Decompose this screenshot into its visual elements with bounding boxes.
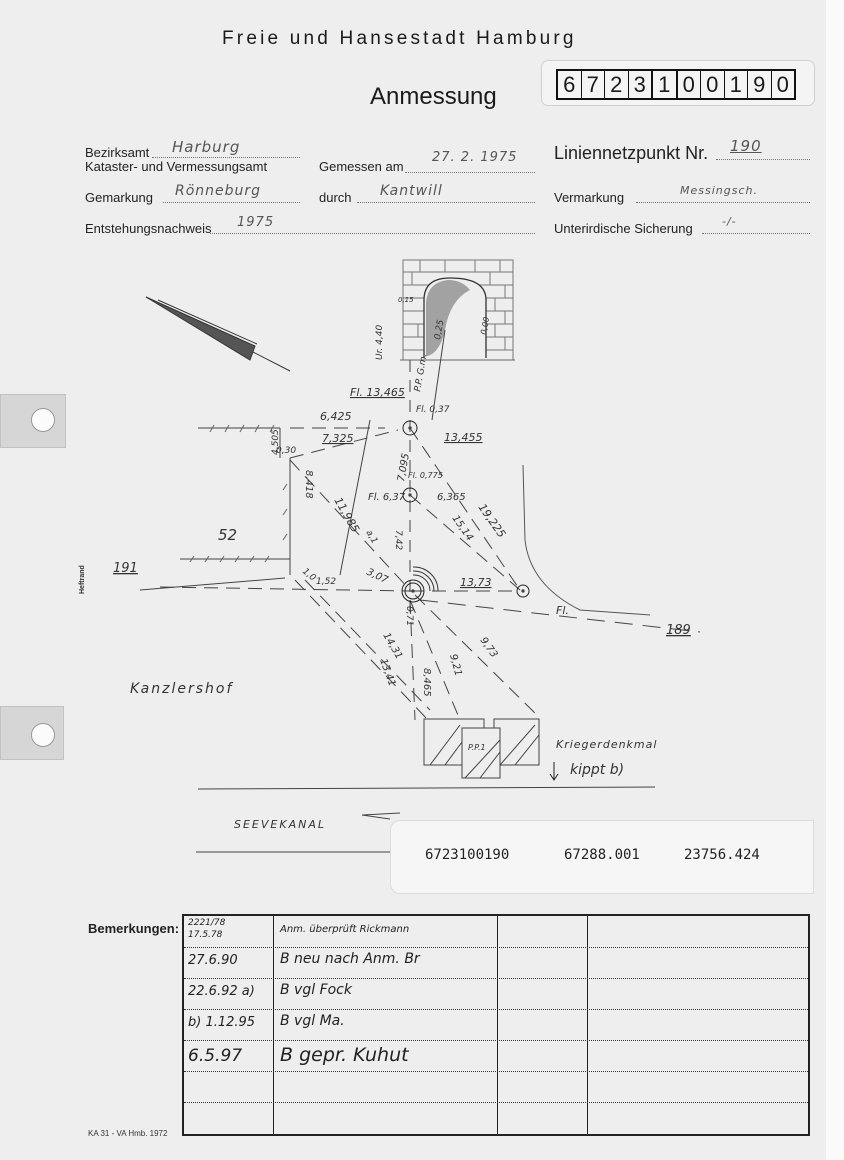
survey-sketch: Kanzlershof 52 191 189 Kriegerdenkmal ki… (0, 0, 826, 900)
main-point-icon (402, 567, 438, 602)
sketch-annotation: Fl. 0,775 (408, 471, 443, 480)
sketch-annotation: 6,365 (437, 492, 466, 503)
coord-point-number: 6723100190 (425, 847, 509, 863)
remark-date: 22.6.92 a) (188, 984, 255, 999)
sketch-annotation: kippt b) (570, 762, 624, 778)
form-code: KA 31 - VA Hmb. 1972 (88, 1129, 167, 1138)
sketch-annotation: P.P.1 (468, 743, 486, 752)
remark-date: 6.5.97 (188, 1046, 242, 1066)
sketch-annotation: 1,52 (316, 577, 336, 587)
down-arrow-icon (550, 762, 558, 780)
remark-date: b) 1.12.95 (188, 1015, 255, 1030)
sketch-annotation: 9,21 (447, 653, 463, 677)
sketch-annotation: 6,425 (320, 410, 352, 423)
sketch-annotation: 52 (218, 526, 237, 544)
sketch-annotation: P.P. G.m. (413, 353, 430, 393)
coordinate-label: 6723100190 67288.001 23756.424 (390, 820, 814, 894)
row-divider (184, 1102, 808, 1103)
sketch-annotation: 13,455 (444, 431, 483, 444)
remark-date: 2221/78 17.5.78 (188, 917, 225, 941)
row-divider (184, 947, 808, 948)
sketch-annotation: 14,31 (380, 631, 404, 661)
coord-x: 67288.001 (564, 847, 640, 863)
row-divider (184, 978, 808, 979)
sketch-annotation: Fl. 0,37 (416, 405, 450, 415)
sketch-annotation: 4,505 (271, 429, 281, 455)
sketch-annotation: 8,418 (303, 470, 314, 499)
sketch-annotation: 7,42 (393, 530, 403, 550)
sketch-annotation: 13,41 (377, 657, 397, 688)
remark-text: B gepr. Kuhut (280, 1044, 409, 1066)
sketch-annotation: 3,07 (365, 567, 390, 587)
sketch-annotation: 19,225 (476, 501, 509, 540)
sketch-annotation: 13,73 (460, 576, 492, 589)
sketch-annotation: 189 (666, 623, 691, 638)
remarks-table: 2221/78 17.5.78Anm. überprüft Rickmann27… (182, 914, 810, 1136)
sketch-annotation: 9,73 (478, 635, 500, 660)
north-arrow-icon (146, 297, 290, 371)
remark-text: Anm. überprüft Rickmann (280, 924, 409, 935)
sketch-annotation: Fl. 13,465 (350, 386, 405, 399)
row-divider (184, 1071, 808, 1072)
sketch-annotation: SEEVEKANAL (234, 818, 326, 831)
row-divider (184, 1009, 808, 1010)
canal-arrow-icon (362, 813, 400, 819)
sketch-annotation: Ur. 4,40 (375, 325, 385, 360)
sketch-annotation: 8,465 (421, 668, 432, 697)
row-divider (184, 1040, 808, 1041)
sketch-annotation: Kriegerdenkmal (556, 738, 657, 751)
sketch-annotation: 0,15 (398, 296, 414, 304)
sketch-annotation: 7,325 (322, 432, 354, 445)
sketch-annotation: 191 (113, 561, 138, 576)
remark-text: B vgl Fock (280, 982, 352, 998)
paper-edge (826, 0, 844, 1160)
sketch-annotation: Fl. 6,37 (368, 492, 406, 503)
sketch-annotation: 15,14 (450, 513, 475, 543)
sketch-annotation: Kanzlershof (130, 681, 233, 697)
remark-text: B vgl Ma. (280, 1013, 345, 1029)
sketch-annotation: 0,00 (479, 316, 491, 335)
survey-point-icon (517, 585, 529, 597)
remarks-label: Bemerkungen: (88, 921, 179, 936)
coord-y: 23756.424 (684, 847, 760, 863)
sketch-annotation: a,1 (363, 529, 379, 546)
sketch-annotation: Fl. (556, 604, 569, 617)
remark-date: 27.6.90 (188, 953, 238, 968)
remark-text: B neu nach Anm. Br (280, 951, 420, 967)
sketch-annotation: 0,71 (404, 606, 414, 626)
sketch-annotation: 11,985 (331, 495, 362, 535)
